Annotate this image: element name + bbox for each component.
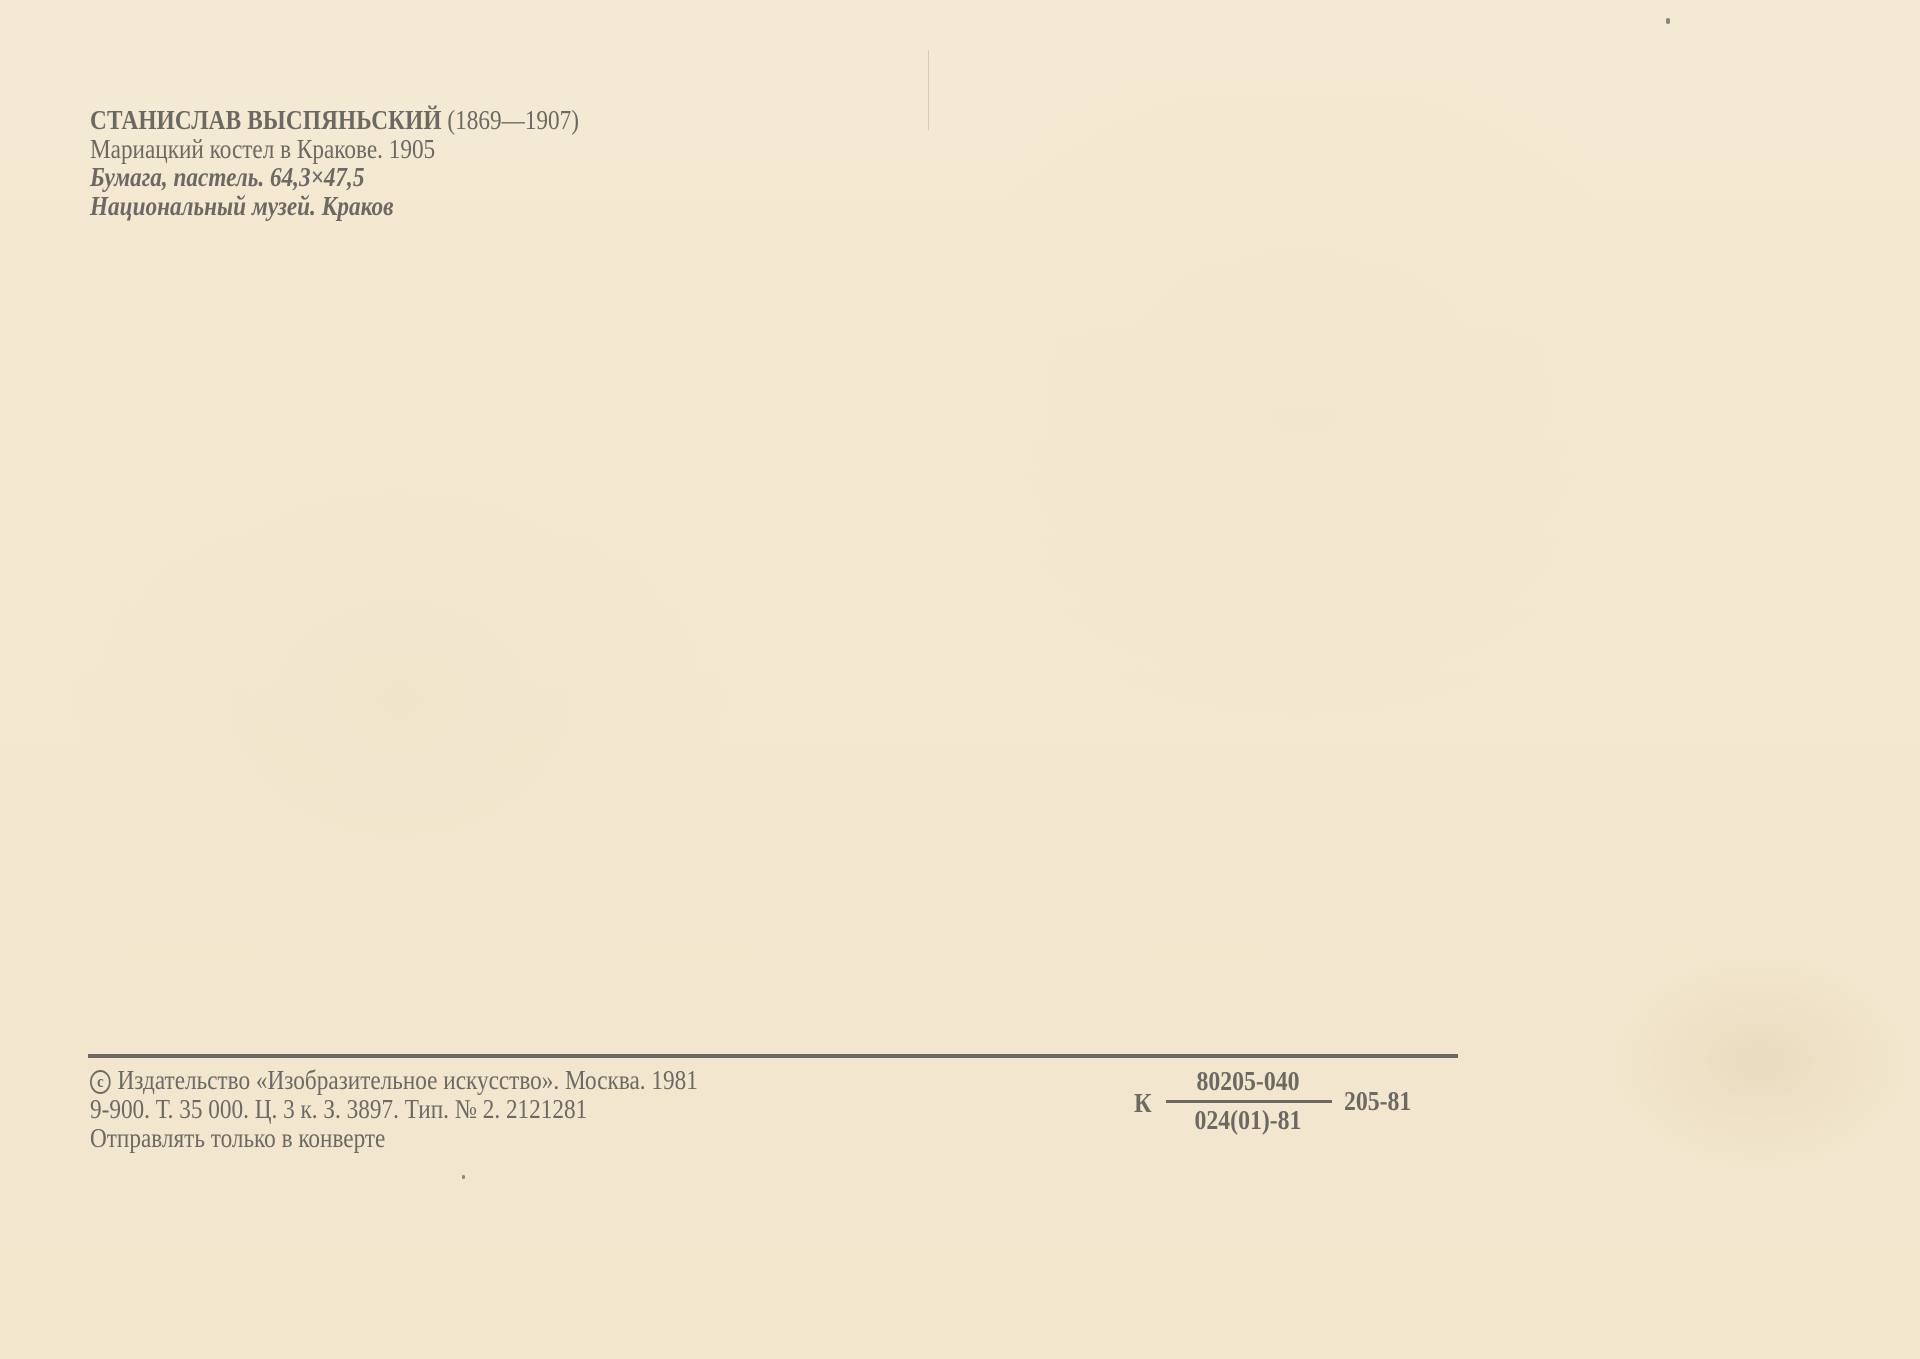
index-numerator: 80205-040 (1174, 1064, 1322, 1098)
paper-fold-line (928, 50, 929, 130)
ink-speck (462, 1175, 465, 1179)
index-suffix: 205-81 (1344, 1086, 1411, 1117)
artist-name: СТАНИСЛАВ ВЫСПЯНЬСКИЙ (90, 105, 442, 135)
publisher-imprint: cИздательство «Изобразительное искусство… (90, 1066, 797, 1153)
print-details: 9-900. Т. 35 000. Ц. 3 к. З. 3897. Тип. … (90, 1095, 698, 1124)
artwork-caption: СТАНИСЛАВ ВЫСПЯНЬСКИЙ (1869—1907) Мариац… (90, 106, 659, 220)
index-denominator: 024(01)-81 (1174, 1103, 1322, 1137)
publisher-line: Издательство «Изобразительное искусство»… (118, 1065, 698, 1095)
index-fraction: 80205-040 024(01)-81 (1164, 1064, 1332, 1137)
publisher-line-wrap: cИздательство «Изобразительное искусство… (90, 1066, 698, 1095)
copyright-icon: c (90, 1070, 111, 1094)
ink-speck (1666, 18, 1670, 24)
divider-rule (88, 1054, 1458, 1058)
artwork-collection: Национальный музей. Краков (90, 192, 579, 221)
artist-dates: (1869—1907) (447, 105, 579, 135)
mailing-note: Отправлять только в конверте (90, 1124, 698, 1153)
index-prefix: К (1134, 1088, 1152, 1119)
author-line: СТАНИСЛАВ ВЫСПЯНЬСКИЙ (1869—1907) (90, 106, 579, 135)
artwork-title: Мариацкий костел в Кракове. 1905 (90, 135, 579, 164)
artwork-medium: Бумага, пастель. 64,3×47,5 (90, 163, 579, 192)
